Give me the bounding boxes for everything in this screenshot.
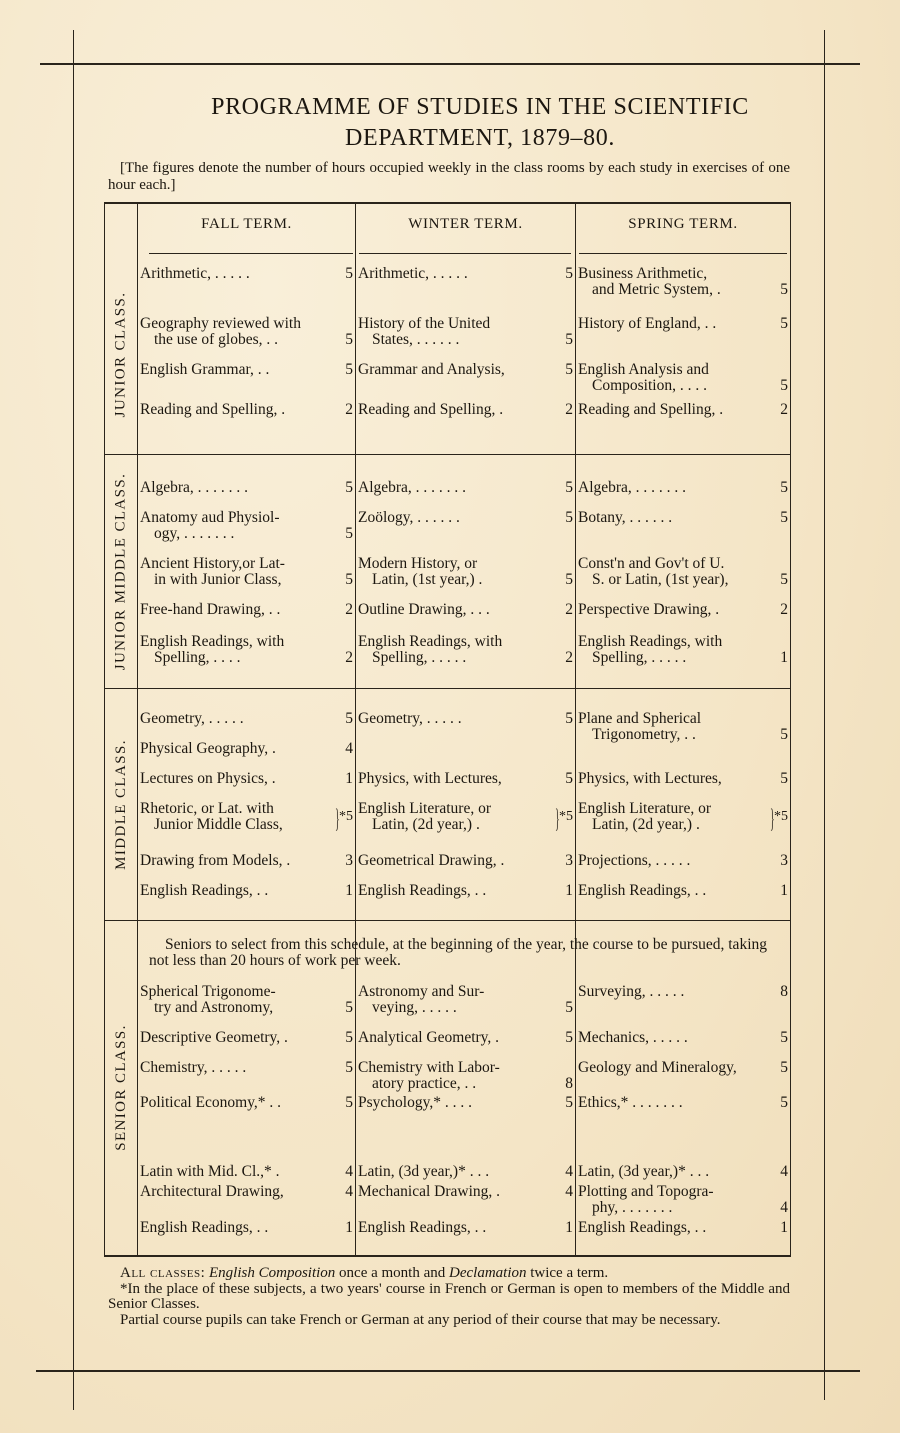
course-name: English Readings, . .: [578, 1220, 788, 1236]
course-entry: Plane and SphericalTrigonometry, . .5: [578, 711, 788, 743]
course-name: Geography reviewed withthe use of globes…: [140, 316, 353, 348]
all-classes-note: All classes: English Composition once a …: [108, 1266, 790, 1282]
course-entry: Spherical Trigonome-try and Astronomy,5: [140, 984, 353, 1016]
course-name: Physical Geography, .: [140, 741, 353, 757]
course-entry: Reading and Spelling, .2: [358, 402, 573, 418]
header-rule-spring: [579, 253, 787, 254]
course-entry: English Literature, orLatin, (2d year,) …: [358, 801, 573, 833]
course-name: Const'n and Gov't of U.S. or Latin, (1st…: [578, 556, 788, 588]
course-hours: 2: [565, 650, 573, 666]
course-entry: Algebra, . . . . . . .5: [578, 480, 788, 496]
course-entry: Reading and Spelling, .2: [140, 402, 353, 418]
course-entry: English Readings, withSpelling, . . . . …: [578, 634, 788, 666]
course-hours: 5: [345, 362, 353, 378]
course-name: Reading and Spelling, .: [578, 402, 788, 418]
course-name: Astronomy and Sur-veying, . . . . .: [358, 984, 573, 1016]
course-name: Ancient History,or Lat-in with Junior Cl…: [140, 556, 353, 588]
course-hours: 1: [780, 650, 788, 666]
course-entry: English Grammar, . .5: [140, 362, 353, 378]
class-label-column-divider: [137, 204, 138, 1255]
course-hours: 1: [345, 771, 353, 787]
all-classes-label: All classes:: [120, 1265, 205, 1281]
course-entry: Latin with Mid. Cl.,* .4: [140, 1164, 353, 1180]
course-entry: Psychology,* . . . .5: [358, 1095, 573, 1111]
course-hours: 4: [565, 1184, 573, 1200]
course-entry: Mechanical Drawing, .4: [358, 1184, 573, 1200]
course-entry: English Readings, . .1: [358, 883, 573, 899]
class-label-middle: MIDDLE CLASS.: [105, 688, 137, 920]
course-hours: 1: [780, 1220, 788, 1236]
course-entry: Geometry, . . . . .5: [358, 711, 573, 727]
course-entry: Latin, (3d year,)* . . .4: [578, 1164, 788, 1180]
course-entry: Geography reviewed withthe use of globes…: [140, 316, 353, 348]
course-hours: 5: [565, 510, 573, 526]
course-entry: English Readings, . .1: [140, 883, 353, 899]
course-name: Arithmetic, . . . . .: [358, 266, 573, 282]
course-hours: 5: [345, 526, 353, 542]
title-line-2: DEPARTMENT, 1879–80.: [100, 123, 860, 154]
course-name: Plane and SphericalTrigonometry, . .: [578, 711, 788, 743]
course-entry: Lectures on Physics, .1: [140, 771, 353, 787]
asterisk-note: *In the place of these subjects, a two y…: [108, 1282, 790, 1313]
course-entry: Zoölogy, . . . . . .5: [358, 510, 573, 526]
course-entry: Modern History, orLatin, (1st year,) .5: [358, 556, 573, 588]
course-name: Algebra, . . . . . . .: [358, 480, 573, 496]
course-name: Perspective Drawing, .: [578, 602, 788, 618]
course-name: History of England, . .: [578, 316, 788, 332]
winter-spring-divider: [575, 204, 576, 1255]
course-entry: History of the UnitedStates, . . . . . .…: [358, 316, 573, 348]
course-name: Algebra, . . . . . . .: [140, 480, 353, 496]
course-entry: Arithmetic, . . . . .5: [140, 266, 353, 282]
course-name: English Readings, . .: [578, 883, 788, 899]
course-name: English Readings, . .: [358, 883, 573, 899]
course-hours: 5: [565, 771, 573, 787]
course-hours: 5: [780, 316, 788, 332]
course-name: English Readings, withSpelling, . . . .: [140, 634, 353, 666]
course-name: Free-hand Drawing, . .: [140, 602, 353, 618]
course-name: Rhetoric, or Lat. withJunior Middle Clas…: [140, 801, 353, 833]
course-name: Psychology,* . . . .: [358, 1095, 573, 1111]
course-entry: Ethics,* . . . . . . .5: [578, 1095, 788, 1111]
course-entry: History of England, . .5: [578, 316, 788, 332]
course-entry: Outline Drawing, . . .2: [358, 602, 573, 618]
header-rule-fall: [149, 253, 353, 254]
course-hours: 8: [565, 1076, 573, 1092]
divider-junior-middle: [105, 454, 790, 455]
course-name: Reading and Spelling, .: [140, 402, 353, 418]
course-name: English Literature, orLatin, (2d year,) …: [358, 801, 573, 833]
course-hours: *5: [774, 809, 788, 825]
title-line-1: PROGRAMME OF STUDIES IN THE SCIENTIFIC: [100, 92, 860, 123]
course-hours: 4: [780, 1164, 788, 1180]
divider-senior: [105, 920, 790, 921]
course-entry: Botany, . . . . . .5: [578, 510, 788, 526]
course-entry: English Readings, . .1: [578, 883, 788, 899]
course-hours: 5: [345, 711, 353, 727]
explanatory-note: [The figures denote the number of hours …: [108, 160, 790, 194]
course-name: History of the UnitedStates, . . . . . .: [358, 316, 573, 348]
partial-course-note: Partial course pupils can take French or…: [108, 1313, 790, 1329]
course-name: Plotting and Topogra-phy, . . . . . . .: [578, 1184, 788, 1216]
course-name: Surveying, . . . . .: [578, 984, 788, 1000]
course-hours: 5: [780, 1095, 788, 1111]
course-name: Ethics,* . . . . . . .: [578, 1095, 788, 1111]
course-hours: 5: [565, 1030, 573, 1046]
left-margin-rule: [73, 30, 74, 1410]
course-hours: 4: [345, 1184, 353, 1200]
course-entry: Chemistry, . . . . .5: [140, 1060, 353, 1076]
course-entry: Geometrical Drawing, .3: [358, 853, 573, 869]
course-name: Descriptive Geometry, .: [140, 1030, 353, 1046]
course-name: Business Arithmetic,and Metric System, .: [578, 266, 788, 298]
course-entry: Astronomy and Sur-veying, . . . . .5: [358, 984, 573, 1016]
course-name: English Analysis andComposition, . . . .: [578, 362, 788, 394]
course-name: English Readings, . .: [140, 1220, 353, 1236]
course-name: English Grammar, . .: [140, 362, 353, 378]
course-entry: Anatomy aud Physiol-ogy, . . . . . . .5: [140, 510, 353, 542]
course-hours: 1: [780, 883, 788, 899]
course-hours: 5: [565, 1000, 573, 1016]
course-entry: English Literature, orLatin, (2d year,) …: [578, 801, 788, 833]
header-fall-term: FALL TERM.: [138, 216, 355, 233]
course-entry: English Readings, withSpelling, . . . .2: [140, 634, 353, 666]
course-hours: 5: [780, 1060, 788, 1076]
course-hours: 4: [345, 741, 353, 757]
course-hours: 5: [565, 711, 573, 727]
course-hours: 1: [345, 1220, 353, 1236]
course-entry: Latin, (3d year,)* . . .4: [358, 1164, 573, 1180]
course-name: Architectural Drawing,: [140, 1184, 353, 1200]
course-name: Latin with Mid. Cl.,* .: [140, 1164, 353, 1180]
course-hours: 8: [780, 984, 788, 1000]
course-entry: Algebra, . . . . . . .5: [358, 480, 573, 496]
course-hours: *5: [559, 809, 573, 825]
course-entry: Free-hand Drawing, . .2: [140, 602, 353, 618]
class-label-junior: JUNIOR CLASS.: [105, 254, 137, 454]
course-hours: 2: [565, 602, 573, 618]
header-rule-winter: [359, 253, 571, 254]
course-hours: 3: [345, 853, 353, 869]
course-name: Chemistry with Labor-atory practice, . .: [358, 1060, 573, 1092]
course-hours: 5: [565, 1095, 573, 1111]
course-name: Reading and Spelling, .: [358, 402, 573, 418]
course-hours: 5: [345, 1060, 353, 1076]
course-hours: 5: [780, 727, 788, 743]
course-hours: 5: [565, 480, 573, 496]
course-name: English Readings, withSpelling, . . . . …: [578, 634, 788, 666]
course-entry: Mechanics, . . . . .5: [578, 1030, 788, 1046]
bottom-rule: [36, 1370, 860, 1372]
course-name: Algebra, . . . . . . .: [578, 480, 788, 496]
divider-middle: [105, 688, 790, 689]
course-entry: Arithmetic, . . . . .5: [358, 266, 573, 282]
course-entry: Geometry, . . . . .5: [140, 711, 353, 727]
course-hours: 5: [345, 332, 353, 348]
course-name: Political Economy,* . .: [140, 1095, 353, 1111]
course-hours: 5: [345, 480, 353, 496]
course-hours: 2: [345, 602, 353, 618]
course-entry: Ancient History,or Lat-in with Junior Cl…: [140, 556, 353, 588]
course-hours: 1: [345, 883, 353, 899]
course-entry: Physics, with Lectures,5: [578, 771, 788, 787]
top-rule: [40, 63, 860, 65]
course-name: Grammar and Analysis,: [358, 362, 573, 378]
right-margin-rule: [824, 30, 825, 1400]
course-entry: Surveying, . . . . .8: [578, 984, 788, 1000]
course-entry: Const'n and Gov't of U.S. or Latin, (1st…: [578, 556, 788, 588]
header-spring-term: SPRING TERM.: [576, 216, 790, 233]
course-entry: Business Arithmetic,and Metric System, .…: [578, 266, 788, 298]
course-hours: 2: [345, 402, 353, 418]
course-entry: Grammar and Analysis,5: [358, 362, 573, 378]
course-entry: Algebra, . . . . . . .5: [140, 480, 353, 496]
footnotes: All classes: English Composition once a …: [108, 1266, 790, 1328]
seniors-intro: Seniors to select from this schedule, at…: [149, 937, 785, 969]
course-hours: 2: [780, 602, 788, 618]
course-hours: 1: [565, 1220, 573, 1236]
course-entry: Political Economy,* . .5: [140, 1095, 353, 1111]
course-name: Lectures on Physics, .: [140, 771, 353, 787]
header-winter-term: WINTER TERM.: [356, 216, 575, 233]
course-hours: 1: [565, 883, 573, 899]
course-entry: Descriptive Geometry, .5: [140, 1030, 353, 1046]
course-entry: Rhetoric, or Lat. withJunior Middle Clas…: [140, 801, 353, 833]
course-name: Mechanical Drawing, .: [358, 1184, 573, 1200]
course-hours: 4: [780, 1200, 788, 1216]
course-entry: Plotting and Topogra-phy, . . . . . . .4: [578, 1184, 788, 1216]
course-name: Geology and Mineralogy,: [578, 1060, 788, 1076]
course-hours: 5: [345, 1030, 353, 1046]
course-hours: 5: [780, 510, 788, 526]
course-hours: 3: [565, 853, 573, 869]
course-name: Analytical Geometry, .: [358, 1030, 573, 1046]
course-name: English Readings, . .: [140, 883, 353, 899]
course-name: Anatomy aud Physiol-ogy, . . . . . . .: [140, 510, 353, 542]
course-name: Modern History, orLatin, (1st year,) .: [358, 556, 573, 588]
course-hours: 5: [345, 1000, 353, 1016]
course-hours: 4: [345, 1164, 353, 1180]
course-name: Latin, (3d year,)* . . .: [578, 1164, 788, 1180]
course-entry: Perspective Drawing, .2: [578, 602, 788, 618]
course-name: Arithmetic, . . . . .: [140, 266, 353, 282]
course-name: Botany, . . . . . .: [578, 510, 788, 526]
course-hours: 5: [565, 332, 573, 348]
course-name: Physics, with Lectures,: [358, 771, 573, 787]
course-hours: 5: [565, 572, 573, 588]
course-hours: 4: [565, 1164, 573, 1180]
course-entry: English Readings, . .1: [358, 1220, 573, 1236]
course-name: English Readings, withSpelling, . . . . …: [358, 634, 573, 666]
page-title: PROGRAMME OF STUDIES IN THE SCIENTIFIC D…: [100, 92, 860, 154]
course-name: Projections, . . . . .: [578, 853, 788, 869]
course-hours: 5: [345, 266, 353, 282]
course-name: Geometrical Drawing, .: [358, 853, 573, 869]
course-hours: 2: [780, 402, 788, 418]
course-hours: 2: [565, 402, 573, 418]
course-hours: 2: [345, 650, 353, 666]
programme-table: FALL TERM. WINTER TERM. SPRING TERM. JUN…: [104, 202, 791, 1257]
course-entry: Analytical Geometry, .5: [358, 1030, 573, 1046]
course-hours: 5: [345, 1095, 353, 1111]
course-name: Latin, (3d year,)* . . .: [358, 1164, 573, 1180]
course-entry: English Readings, . .1: [578, 1220, 788, 1236]
class-label-senior: SENIOR CLASS.: [105, 920, 137, 1255]
course-name: Outline Drawing, . . .: [358, 602, 573, 618]
course-entry: Drawing from Models, .3: [140, 853, 353, 869]
course-hours: 5: [780, 771, 788, 787]
course-hours: 5: [780, 572, 788, 588]
course-hours: 5: [565, 362, 573, 378]
course-name: Geometry, . . . . .: [140, 711, 353, 727]
course-name: English Readings, . .: [358, 1220, 573, 1236]
course-name: Drawing from Models, .: [140, 853, 353, 869]
course-name: Spherical Trigonome-try and Astronomy,: [140, 984, 353, 1016]
course-hours: 3: [780, 853, 788, 869]
course-entry: Reading and Spelling, .2: [578, 402, 788, 418]
course-entry: Physical Geography, .4: [140, 741, 353, 757]
fall-winter-divider: [355, 204, 356, 1255]
course-entry: Geology and Mineralogy,5: [578, 1060, 788, 1076]
course-name: Chemistry, . . . . .: [140, 1060, 353, 1076]
course-name: English Literature, orLatin, (2d year,) …: [578, 801, 788, 833]
course-name: Geometry, . . . . .: [358, 711, 573, 727]
class-label-junior-middle: JUNIOR MIDDLE CLASS.: [105, 454, 137, 688]
course-name: Zoölogy, . . . . . .: [358, 510, 573, 526]
course-entry: Projections, . . . . .3: [578, 853, 788, 869]
course-hours: *5: [339, 809, 353, 825]
course-entry: English Analysis andComposition, . . . .…: [578, 362, 788, 394]
course-name: Physics, with Lectures,: [578, 771, 788, 787]
course-entry: Chemistry with Labor-atory practice, . .…: [358, 1060, 573, 1092]
course-entry: Physics, with Lectures,5: [358, 771, 573, 787]
course-hours: 5: [565, 266, 573, 282]
course-hours: 5: [345, 572, 353, 588]
course-entry: English Readings, withSpelling, . . . . …: [358, 634, 573, 666]
course-name: Mechanics, . . . . .: [578, 1030, 788, 1046]
course-hours: 5: [780, 480, 788, 496]
course-hours: 5: [780, 282, 788, 298]
course-entry: English Readings, . .1: [140, 1220, 353, 1236]
course-hours: 5: [780, 378, 788, 394]
course-entry: Architectural Drawing,4: [140, 1184, 353, 1200]
course-hours: 5: [780, 1030, 788, 1046]
